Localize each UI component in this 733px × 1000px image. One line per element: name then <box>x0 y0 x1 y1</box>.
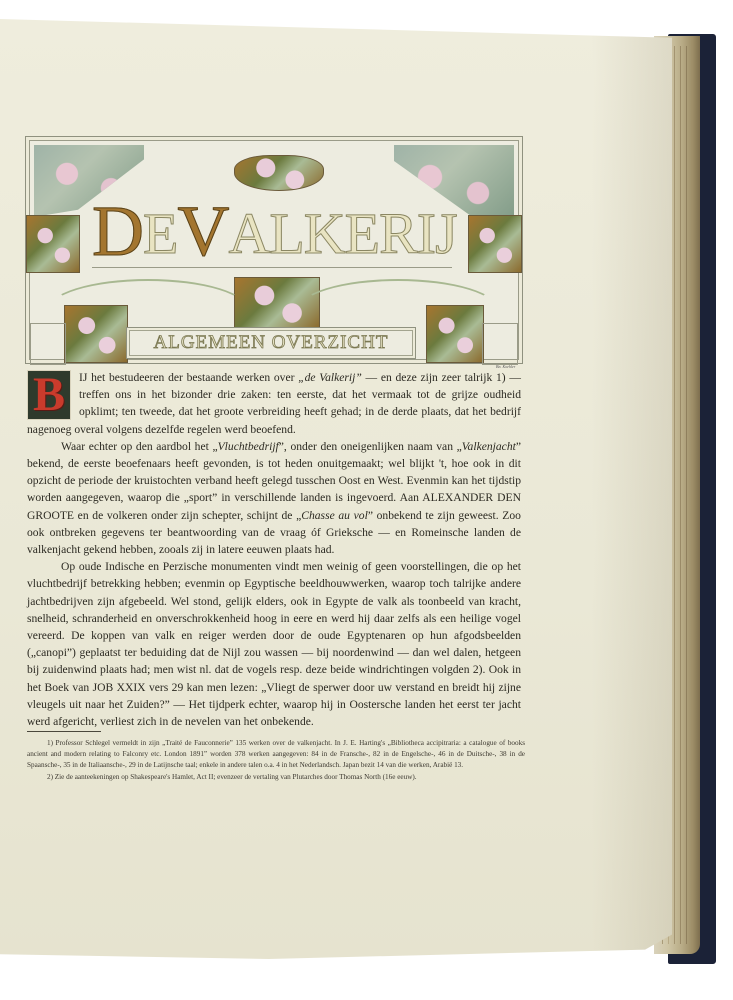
floral-panel-right <box>468 215 522 273</box>
title-underline <box>92 267 452 268</box>
title-initial-v: V <box>177 199 228 263</box>
floral-cartouche-top <box>234 155 324 191</box>
ornament-box-right <box>482 323 518 365</box>
body-text: BIJ het bestudeeren der bestaande werken… <box>27 369 521 730</box>
paragraph-1: BIJ het bestudeeren der bestaande werken… <box>27 369 521 438</box>
paragraph-3: Op oude Indische en Perzische monumenten… <box>27 558 521 730</box>
footnote-2: 2) Zie de aanteekeningen op Shakespeare'… <box>27 772 525 783</box>
text-run: IJ het bestudeeren der bestaande werken … <box>79 371 298 384</box>
title-initial-d: D <box>92 199 143 263</box>
drop-cap-initial: B <box>27 370 71 420</box>
text-run: Op oude Indische en Perzische monumenten… <box>27 560 521 728</box>
footnote-separator <box>27 731 101 732</box>
page-title: D E V ALKERIJ <box>92 199 472 263</box>
italic-term: Vluchtbedrijf <box>218 440 279 453</box>
title-letter-e: E <box>143 205 177 263</box>
paragraph-2: Waar echter op den aardbol het „Vluchtbe… <box>27 438 521 558</box>
title-rest: ALKERIJ <box>228 205 456 263</box>
italic-term: „de Valkerij” <box>298 371 362 384</box>
ornament-box-left <box>30 323 66 365</box>
subtitle-frame: Algemeen Overzicht <box>126 327 416 359</box>
footnotes: 1) Professor Schlegel vermeldt in zijn „… <box>27 738 525 783</box>
floral-panel-left <box>26 215 80 273</box>
italic-term: Chasse au vol <box>301 509 368 522</box>
page-subtitle: Algemeen Overzicht <box>154 332 389 354</box>
footnote-1: 1) Professor Schlegel vermeldt in zijn „… <box>27 738 525 772</box>
italic-term: Valkenjacht <box>462 440 516 453</box>
title-plate: D E V ALKERIJ Algemeen Overzicht <box>25 136 523 364</box>
text-run: ”, onder den oneigenlijken naam van „ <box>279 440 462 453</box>
text-run: Waar echter op den aardbol het „ <box>61 440 218 453</box>
